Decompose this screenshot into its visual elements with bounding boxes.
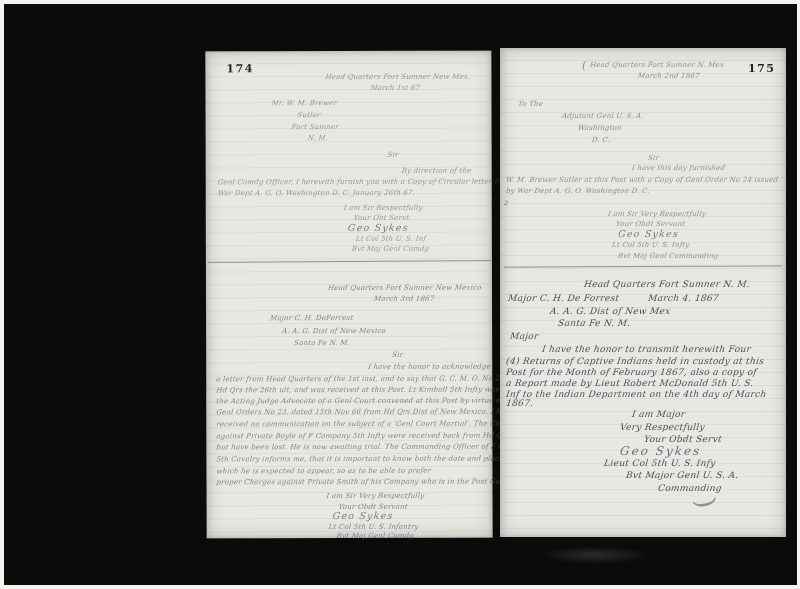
body-line: I have the honor to transmit herewith Fo… [541, 345, 751, 355]
body-line: War Dept A. G. O. Washington D. C. Janua… [217, 189, 415, 198]
body-line: a Report made by Lieut Robert McDonald 5… [505, 379, 754, 389]
signer-title: Lt Col 5th U. S. Infantry [328, 523, 419, 531]
closing-line: I am Sir Respectfully [343, 204, 423, 212]
letter-intro: By direction of the [401, 167, 472, 175]
ink-rule [208, 260, 491, 263]
body-line: Post for the Month of February 1867, als… [505, 368, 757, 378]
recipient-line: To The [518, 100, 544, 108]
body-line: 5th Cavalry informs me, that it is impor… [216, 455, 514, 464]
recipient-line: D. C. [592, 136, 611, 144]
recipient-line: Adjutant Genl U. S. A. [562, 112, 645, 120]
signer-title: Lt Col 5th U. S. Infty [612, 241, 690, 249]
recipient-line: Santa Fe N. M. [294, 339, 351, 347]
closing-line: I am Sir Very Respectfully [326, 492, 425, 500]
recipient-line: Santa Fe N. M. [557, 319, 631, 329]
salutation: Major [509, 332, 539, 342]
signer-title: Lieut Col 5th U. S. Infy [603, 459, 716, 469]
signature: Geo Sykes [332, 511, 394, 522]
closing-line: Your Obt Servt [353, 214, 409, 222]
recipient-line: Sutler [297, 111, 321, 119]
closing-line: Your Obdt Servant [338, 503, 408, 511]
body-line: proper Charges against Private Smith of … [216, 478, 539, 487]
letter-heading: Head Quarters Fort Sumner New Mexico [328, 284, 483, 292]
signer-title: Lt Col 5th U. S. Inf [355, 235, 426, 243]
letter-date: March 2nd 1867 [638, 72, 701, 80]
body-line: Inf to the Indian Department on the 4th … [505, 390, 767, 400]
body-line: Genl Orders No 23, dated 15th Nov 66 fro… [216, 408, 514, 417]
recipient-line: A. A. G. Dist of New Mex [549, 307, 671, 317]
page-number-right: 175 [748, 62, 775, 75]
letter-heading: Head Quarters Fort Sumner N. Mex [590, 61, 725, 69]
closing-line: Your Obdt Servant [616, 220, 686, 228]
letter-intro: I have the honor to acknowledge [368, 363, 492, 371]
body-line: a letter from Head Quarters of the 1st i… [216, 375, 535, 384]
body-line: (4) Returns of Captive Indians held in c… [505, 357, 764, 367]
ink-rule [504, 265, 782, 267]
salutation: Sir [648, 154, 660, 162]
page-number-left: 174 [226, 62, 254, 75]
body-line: but have been lost. He is now awaiting t… [216, 443, 509, 452]
page-174: 174 Head Quarters Fort Sumner New Mex. M… [205, 51, 492, 539]
signer-title: Bvt Maj Genl Comdg [351, 245, 429, 253]
salutation: Sir [387, 151, 399, 159]
letter-date: March 1st 67 [370, 84, 421, 92]
scan-smudge [540, 546, 650, 564]
signer-title: Commanding [657, 484, 722, 494]
letter-heading: Head Quarters Fort Sumner N. M. [583, 280, 750, 290]
signer-title: Bvt Major Genl U. S. A. [625, 471, 739, 481]
body-line: which he is expected to appear, so as to… [216, 467, 432, 476]
recipient-line: Mr. W. M. Brewer [271, 99, 338, 107]
body-line: Genl Comdg Officer, I herewith furnish y… [217, 178, 513, 187]
signer-title: Bvt Maj Genl Commanding [618, 252, 719, 260]
recipient-line: Fort Sumner [291, 123, 339, 131]
recipient-line: N. M. [307, 134, 328, 142]
letter-date: March 3rd 1867 [374, 295, 435, 303]
closing-line: I am Sir Very Respectfully [608, 210, 707, 218]
body-line: the Acting Judge Advocate of a Genl Cour… [216, 397, 504, 406]
letter-date: March 4. 1867 [647, 294, 719, 304]
letter-heading: Head Quarters Fort Sumner New Mex. [325, 73, 471, 81]
body-line: W. M. Brewer Sutler at this Post with a … [506, 176, 779, 184]
body-line: Hd Qrs the 26th ult, and was received at… [216, 386, 500, 395]
pen-flourish-icon: ) [689, 495, 720, 511]
recipient-line: Washington [578, 124, 623, 132]
margin-note: 2 [504, 200, 509, 207]
page-175: 175 ( Head Quarters Fort Sumner N. Mex M… [500, 48, 786, 537]
body-line: by War Dept A. G. O. Washington D. C. [506, 187, 651, 195]
salutation: Sir [392, 351, 404, 359]
closing-line: I am Major [631, 410, 686, 420]
recipient-line: A. A. G. Dist of New Mexico [282, 327, 387, 335]
signer-title: Bvt Maj Genl Comdg [336, 532, 414, 540]
closing-line: Very Respectfully [619, 423, 705, 433]
signature: Geo Sykes [619, 444, 702, 458]
signature: Geo Sykes [617, 229, 679, 240]
film-frame: 174 Head Quarters Fort Sumner New Mex. M… [0, 0, 800, 589]
signature: Geo Sykes [347, 223, 409, 234]
body-line: received no communication on the subject… [216, 420, 522, 429]
recipient-line: Major C. H. De Forrest [507, 294, 619, 304]
letter-intro: I have this day furnished [632, 164, 726, 172]
body-line: against Private Boyle of F Company 5th I… [216, 432, 510, 441]
body-line: 1867. [505, 399, 533, 409]
bracket-flourish-icon: ( [582, 59, 586, 72]
recipient-line: Major C. H. DeForrest [270, 314, 354, 322]
